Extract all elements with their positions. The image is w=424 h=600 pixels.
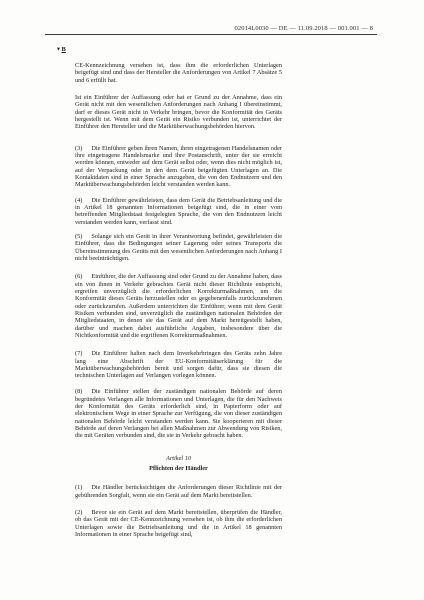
paragraph-number: (6) bbox=[75, 273, 82, 280]
paragraph-text: Einführer, die der Auffassung sind oder … bbox=[75, 273, 282, 339]
paragraph-number: (2) bbox=[75, 509, 82, 516]
numbered-paragraph: (1)Die Händler berücksichtigen die Anfor… bbox=[75, 484, 282, 499]
article-heading: Artikel 10 bbox=[75, 455, 282, 462]
paragraph-text: Ist ein Einführer der Auffassung oder ha… bbox=[75, 94, 282, 130]
paragraph-number: (3) bbox=[75, 145, 82, 152]
numbered-paragraph: (2)Bevor sie ein Gerät auf dem Markt ber… bbox=[75, 509, 282, 538]
paragraph-number: (1) bbox=[75, 484, 82, 491]
page-header-reference: 02014L0030 — DE — 11.09.2018 — 001.001 —… bbox=[235, 25, 373, 32]
numbered-paragraph: (5)Solange sich ein Gerät in ihrer Veran… bbox=[75, 233, 282, 262]
paragraph: CE-Kennzeichnung versehen ist, dass ihm … bbox=[75, 62, 282, 84]
paragraph-text: Die Einführer stellen der zuständigen na… bbox=[75, 388, 282, 439]
paragraph-number: (4) bbox=[75, 197, 82, 204]
paragraph-text: CE-Kennzeichnung versehen ist, dass ihm … bbox=[75, 62, 282, 84]
numbered-paragraph: (4)Die Einführer gewährleisten, dass dem… bbox=[75, 197, 282, 226]
paragraph-number: (8) bbox=[75, 388, 82, 395]
paragraph-text: Bevor sie ein Gerät auf dem Markt bereit… bbox=[75, 509, 282, 538]
paragraph-text: Die Händler berücksichtigen die Anforder… bbox=[75, 484, 282, 498]
numbered-paragraph: (8)Die Einführer stellen der zuständigen… bbox=[75, 388, 282, 439]
paragraph-text: Die Einführer gewährleisten, dass dem Ge… bbox=[75, 197, 282, 226]
paragraph: Ist ein Einführer der Auffassung oder ha… bbox=[75, 94, 282, 131]
numbered-paragraph: (7)Die Einführer halten nach dem Inverke… bbox=[75, 350, 282, 379]
change-marker-letter: B bbox=[61, 46, 65, 53]
change-marker: ▼B bbox=[56, 46, 66, 53]
document-body: CE-Kennzeichnung versehen ist, dass ihm … bbox=[75, 62, 282, 538]
numbered-paragraph: (3)Die Einführer geben ihren Namen, ihre… bbox=[75, 145, 282, 189]
paragraph-number: (5) bbox=[75, 233, 82, 240]
document-page: 02014L0030 — DE — 11.09.2018 — 001.001 —… bbox=[0, 0, 424, 600]
numbered-paragraph: (6)Einführer, die der Auffassung sind od… bbox=[75, 273, 282, 339]
paragraph-number: (7) bbox=[75, 350, 82, 357]
paragraph-text: Solange sich ein Gerät in ihrer Verantwo… bbox=[75, 233, 282, 262]
header-divider bbox=[45, 34, 377, 35]
paragraph-text: Die Einführer geben ihren Namen, ihren e… bbox=[75, 145, 282, 189]
article-title: Pflichten der Händler bbox=[75, 465, 282, 472]
paragraph-text: Die Einführer halten nach dem Inverkehrb… bbox=[75, 350, 282, 379]
